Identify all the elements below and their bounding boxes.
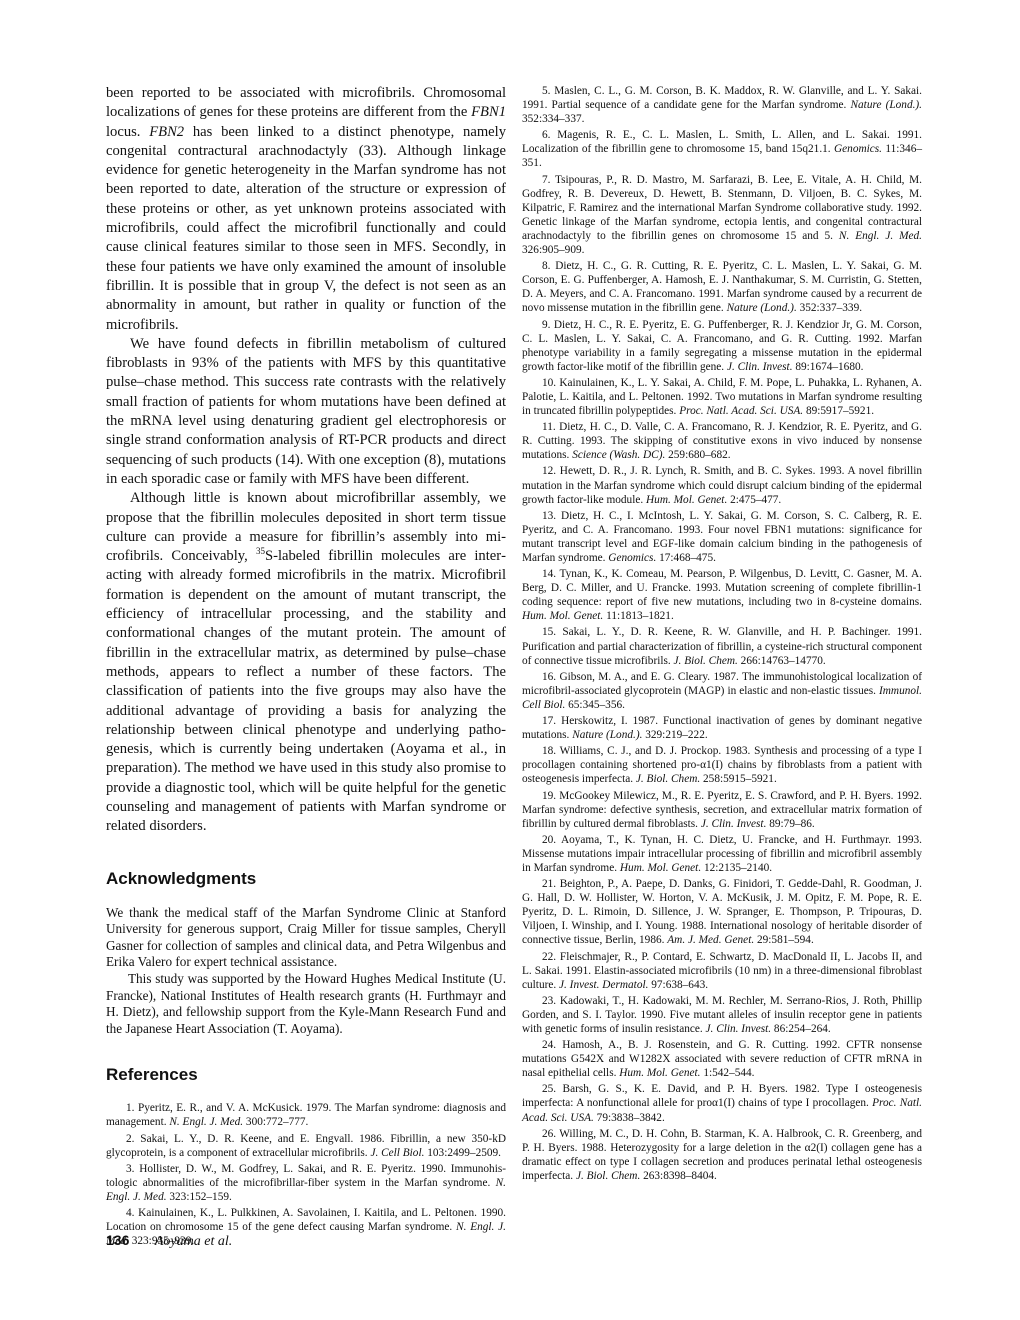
right-column: 5. Maslen, C. L., G. M. Corson, B. K. Ma… <box>522 84 922 1185</box>
reference-item: 2. Sakai, L. Y., D. R. Keene, and E. Eng… <box>106 1132 506 1160</box>
reference-item: 9. Dietz, H. C., R. E. Pyeritz, E. G. Pu… <box>522 318 922 374</box>
reference-item: 8. Dietz, H. C., G. R. Cutting, R. E. Py… <box>522 259 922 315</box>
reference-item: 25. Barsh, G. S., K. E. David, and P. H.… <box>522 1082 922 1124</box>
text-run: has been linked to a distinct phenotype,… <box>106 124 506 333</box>
journal-name: J. Cell Biol. <box>370 1147 424 1159</box>
journal-name: Nature (Lond.). <box>727 302 797 314</box>
journal-page: been reported to be associated with micr… <box>0 0 1020 1320</box>
reference-item: 15. Sakai, L. Y., D. R. Keene, R. W. Gla… <box>522 625 922 667</box>
reference-item: 17. Herskowitz, I. 1987. Functional inac… <box>522 714 922 742</box>
journal-name: J. Clin. Invest. <box>701 818 767 830</box>
reference-item: 16. Gibson, M. A., and E. G. Cleary. 198… <box>522 670 922 712</box>
reference-item: 3. Hollister, D. W., M. Godfrey, L. Saka… <box>106 1162 506 1204</box>
reference-item: 7. Tsipouras, P., R. D. Mastro, M. Sarfa… <box>522 173 922 258</box>
journal-name: Hum. Mol. Genet. <box>522 610 603 622</box>
journal-name: Science (Wash. DC). <box>572 449 665 461</box>
journal-name: J. Biol. Chem. <box>636 773 700 785</box>
reference-item: 20. Aoyama, T., K. Tynan, H. C. Dietz, U… <box>522 833 922 875</box>
journal-name: J. Biol. Chem. <box>674 655 738 667</box>
text-run: locus. <box>106 124 149 140</box>
reference-item: 13. Dietz, H. C., I. McIntosh, L. Y. Sak… <box>522 509 922 565</box>
reference-item: 19. McGookey Milewicz, M., R. E. Pyeritz… <box>522 789 922 831</box>
reference-item: 6. Magenis, R. E., C. L. Maslen, L. Smit… <box>522 128 922 170</box>
acknowledgments-paragraph-2: This study was supported by the Howard H… <box>106 971 506 1037</box>
journal-name: Nature (Lond.). <box>851 99 923 111</box>
journal-name: Genomics. <box>608 552 656 564</box>
text-run: been reported to be associated with micr… <box>106 85 506 120</box>
discussion-paragraph-3: Although little is known about microfibr… <box>106 489 506 836</box>
acknowledgments-heading: Acknowledgments <box>106 869 506 889</box>
reference-item: 5. Maslen, C. L., G. M. Corson, B. K. Ma… <box>522 84 922 126</box>
page-number: 136 <box>106 1232 129 1248</box>
reference-item: 1. Pyeritz, E. R., and V. A. McKusick. 1… <box>106 1101 506 1129</box>
reference-item: 12. Hewett, D. R., J. R. Lynch, R. Smith… <box>522 464 922 506</box>
left-column: been reported to be associated with micr… <box>106 84 506 1250</box>
discussion-paragraph-1: been reported to be associated with micr… <box>106 84 506 335</box>
running-head: Aoyama et al. <box>155 1234 232 1249</box>
acknowledgments-paragraph-1: We thank the medical staff of the Marfan… <box>106 905 506 971</box>
journal-name: N. Engl. J. Med. <box>839 230 922 242</box>
gene-name: FBN2 <box>149 124 184 140</box>
journal-name: Hum. Mol. Genet. <box>619 1067 700 1079</box>
journal-name: J. Invest. Dermatol. <box>559 979 648 991</box>
discussion-paragraph-2: We have found defects in fibrillin metab… <box>106 335 506 489</box>
text-run: S-labeled fibrillin molecules are inter­… <box>106 548 506 834</box>
page-footer: 136 Aoyama et al. <box>106 1232 232 1250</box>
reference-item: 21. Beighton, P., A. Paepe, D. Danks, G.… <box>522 877 922 947</box>
journal-name: Am. J. Med. Genet. <box>667 934 754 946</box>
reference-item: 18. Williams, C. J., and D. J. Prockop. … <box>522 744 922 786</box>
reference-list-right: 5. Maslen, C. L., G. M. Corson, B. K. Ma… <box>522 84 922 1183</box>
references-heading: References <box>106 1065 506 1085</box>
journal-name: Hum. Mol. Genet. <box>620 862 701 874</box>
journal-name: Genomics. <box>834 143 882 155</box>
journal-name: Nature (Lond.). <box>572 729 642 741</box>
gene-name: FBN1 <box>471 104 506 120</box>
reference-item: 24. Hamosh, A., B. J. Rosenstein, and G.… <box>522 1038 922 1080</box>
reference-item: 10. Kainulainen, K., L. Y. Sakai, A. Chi… <box>522 376 922 418</box>
reference-list-left: 1. Pyeritz, E. R., and V. A. McKusick. 1… <box>106 1101 506 1248</box>
reference-item: 22. Fleischmajer, R., P. Contard, E. Sch… <box>522 950 922 992</box>
journal-name: J. Biol. Chem. <box>576 1170 640 1182</box>
journal-name: Hum. Mol. Genet. <box>646 494 727 506</box>
journal-name: Proc. Natl. Acad. Sci. USA. <box>679 405 803 417</box>
isotope-superscript: 35 <box>256 546 265 556</box>
reference-item: 23. Kadowaki, T., H. Kadowaki, M. M. Rec… <box>522 994 922 1036</box>
journal-name: N. Engl. J. Med. <box>169 1116 243 1128</box>
reference-item: 11. Dietz, H. C., D. Valle, C. A. Franco… <box>522 420 922 462</box>
journal-name: J. Clin. Invest. <box>727 361 793 373</box>
reference-item: 26. Willing, M. C., D. H. Cohn, B. Starm… <box>522 1127 922 1183</box>
reference-item: 14. Tynan, K., K. Comeau, M. Pearson, P.… <box>522 567 922 623</box>
journal-name: J. Clin. Invest. <box>706 1023 772 1035</box>
